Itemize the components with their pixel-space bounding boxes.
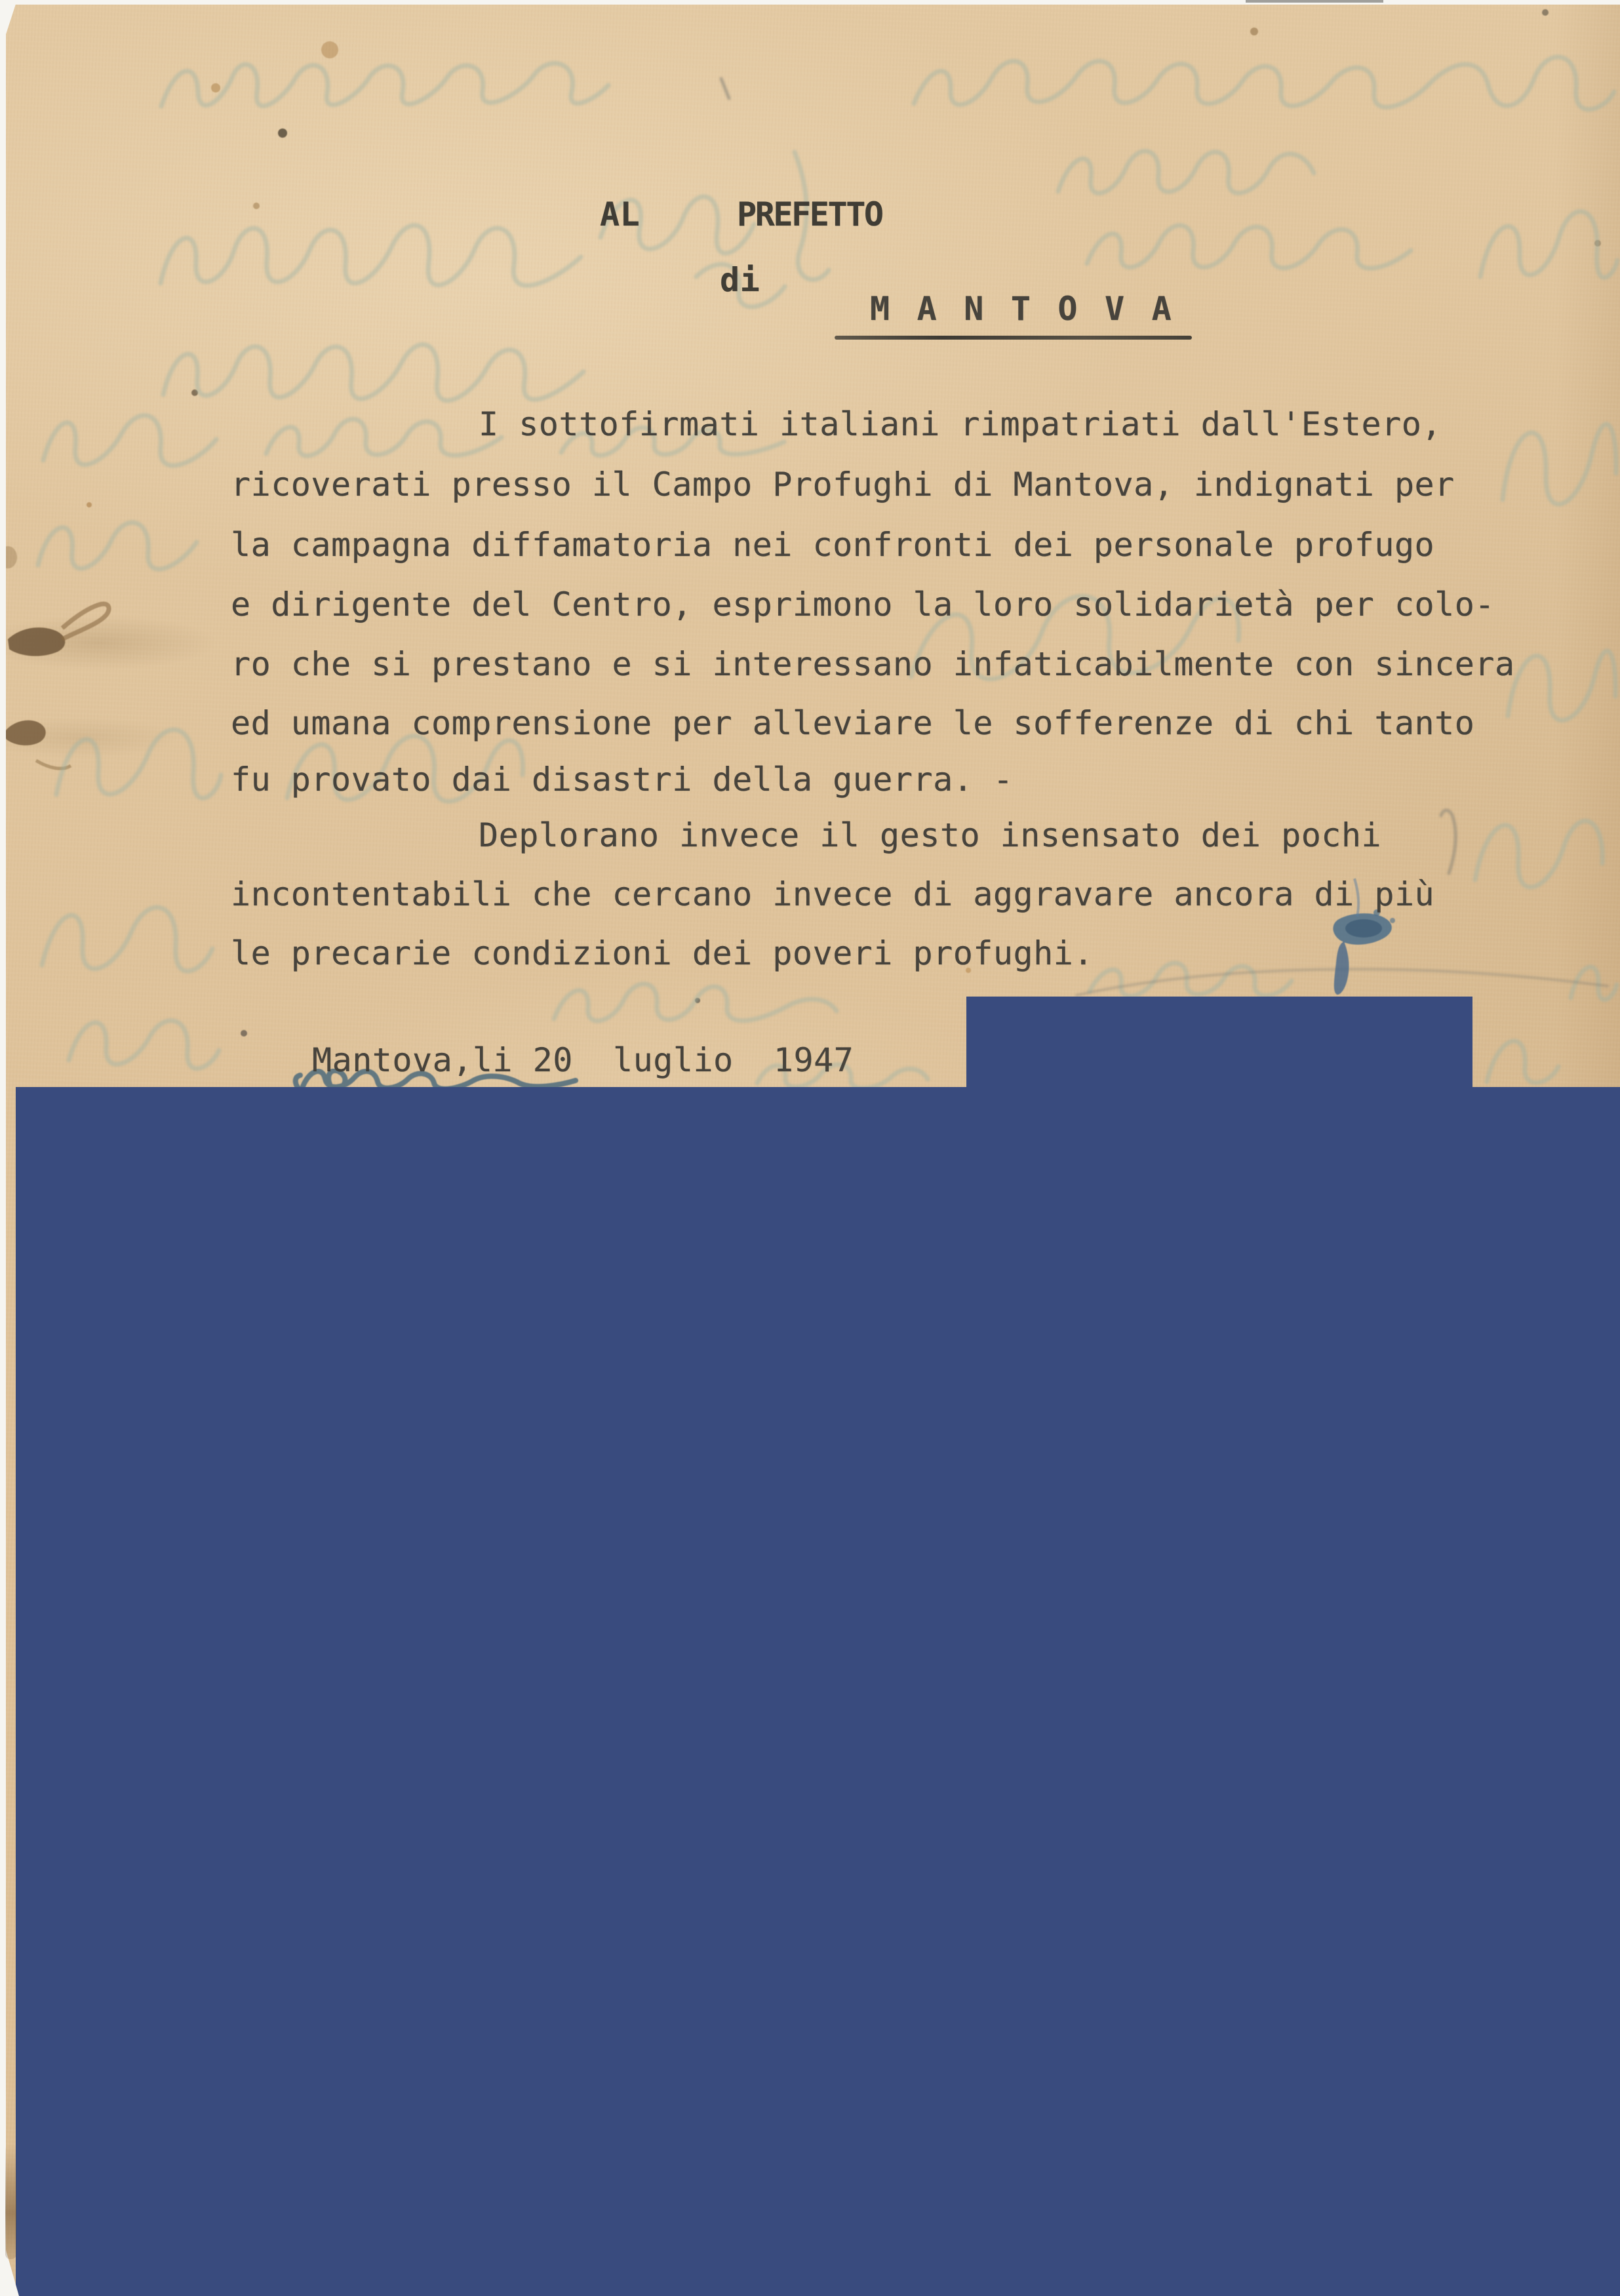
addressee-city: M A N T O V A (870, 290, 1175, 328)
city-underline (835, 336, 1192, 340)
typed-line: incontentabili che cercano invece di agg… (231, 875, 1434, 913)
typed-line: la campagna diffamatoria nei confronti d… (231, 526, 1434, 564)
typed-line: fu provato dai disastri della guerra. - (231, 761, 1014, 799)
typed-line: ed umana comprensione per alleviare le s… (231, 704, 1474, 742)
typed-line: e dirigente del Centro, esprimono la lor… (231, 585, 1495, 623)
scan-edge-left (0, 0, 6, 2296)
redaction-block-large (16, 1087, 1620, 2296)
addressee-prefetto: PREFETTO (737, 195, 882, 233)
scan-top-artifact (1246, 0, 1383, 3)
addressee-al: AL (600, 195, 640, 233)
scanned-letter: AL PREFETTO di M A N T O V A I sottofirm… (0, 0, 1620, 2296)
typed-line: Deplorano invece il gesto insensato dei … (479, 816, 1381, 854)
addressee-di: di (720, 261, 760, 299)
typed-line: le precarie condizioni dei poveri profug… (231, 934, 1094, 972)
typed-line: ricoverati presso il Campo Profughi di M… (231, 465, 1455, 504)
paper-edge-shadow (5, 2144, 16, 2259)
typed-line: ro che si prestano e si interessano infa… (231, 645, 1515, 683)
dateline: Mantova,li 20 luglio 1947 (312, 1041, 854, 1079)
redaction-block-small (966, 997, 1472, 1088)
typed-line: I sottofirmati italiani rimpatriati dall… (479, 405, 1442, 443)
